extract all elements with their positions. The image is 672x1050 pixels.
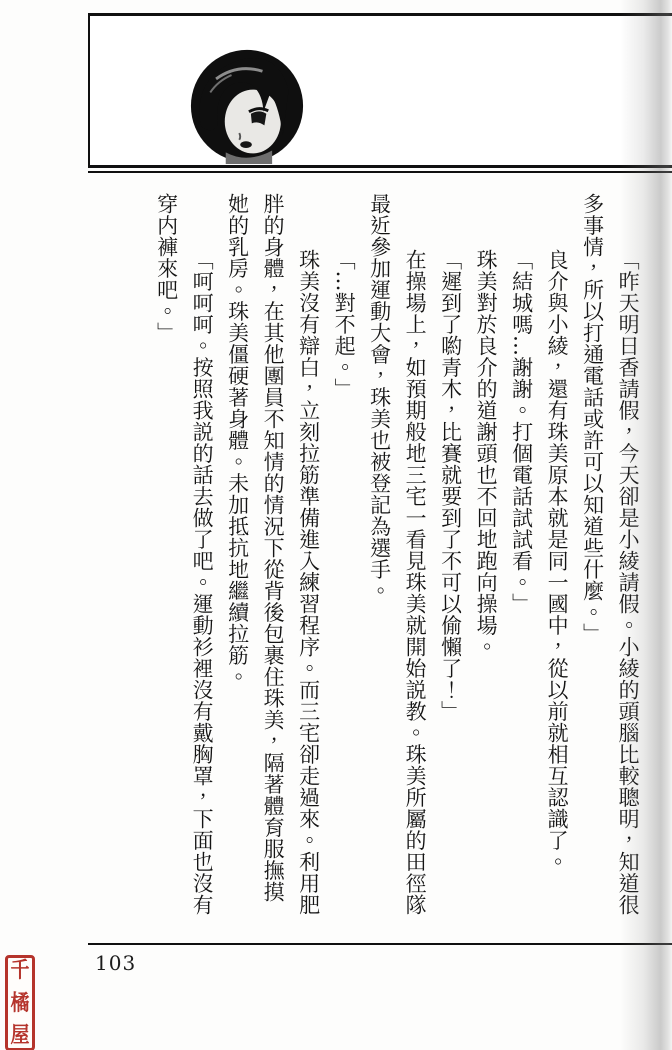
header-bottom-rule-inner (88, 171, 672, 173)
text-column-11: 胖的身體，在其他團員不知情的情況下從背後包裹住珠美，隔著體育服撫摸 (261, 193, 285, 903)
text-column-13: 「呵呵呵。按照我説的話去做了吧。運動衫裡沒有戴胸罩，下面也沒有 (190, 249, 214, 916)
page-number: 103 (95, 951, 136, 975)
text-column-5: 珠美對於良介的道謝頭也不回地跑向操場。 (474, 249, 498, 658)
text-column-8: 最近參加運動大會，珠美也被登記為選手。 (368, 193, 392, 602)
header-band (88, 13, 672, 165)
text-column-2: 多事情，所以打通電話或許可以知道些什麼。」 (581, 193, 605, 645)
text-column-10: 珠美沒有辯白，立刻拉筋準備進入練習程序。而三宅卻走過來。利用肥 (297, 249, 321, 916)
text-column-9: 「…對不起。」 (332, 249, 356, 400)
seal-char: 橘 (10, 992, 29, 1014)
book-page: { "header": { "portrait_icon": "manga-gi… (0, 0, 672, 1050)
footer-rule (88, 943, 672, 945)
text-column-1: 「昨天明日香請假，今天卻是小綾請假。小綾的頭腦比較聰明，知道很 (616, 249, 640, 916)
text-column-6: 「遲到了喲青木，比賽就要到了不可以偷懶了！」 (439, 249, 463, 722)
text-column-14: 穿内褲來吧。」 (155, 193, 179, 344)
seal-char: 屋 (10, 1025, 29, 1047)
header-bottom-rule-outer (88, 165, 672, 168)
text-column-7: 在操場上，如預期般地三宅一看見珠美就開始説教。珠美所屬的田徑隊 (403, 249, 427, 916)
manga-portrait-icon (189, 48, 305, 164)
publisher-seal: 千 橘 屋 (5, 955, 35, 1050)
text-column-12: 她的乳房。珠美僵硬著身體。未加抵抗地繼續拉筋。 (226, 193, 250, 688)
text-column-3: 良介與小綾，還有珠美原本就是同一國中，從以前就相互認識了。 (545, 249, 569, 873)
text-column-4: 「結城嗎…謝謝。打個電話試試看。」 (510, 249, 534, 615)
seal-char: 千 (10, 960, 29, 982)
